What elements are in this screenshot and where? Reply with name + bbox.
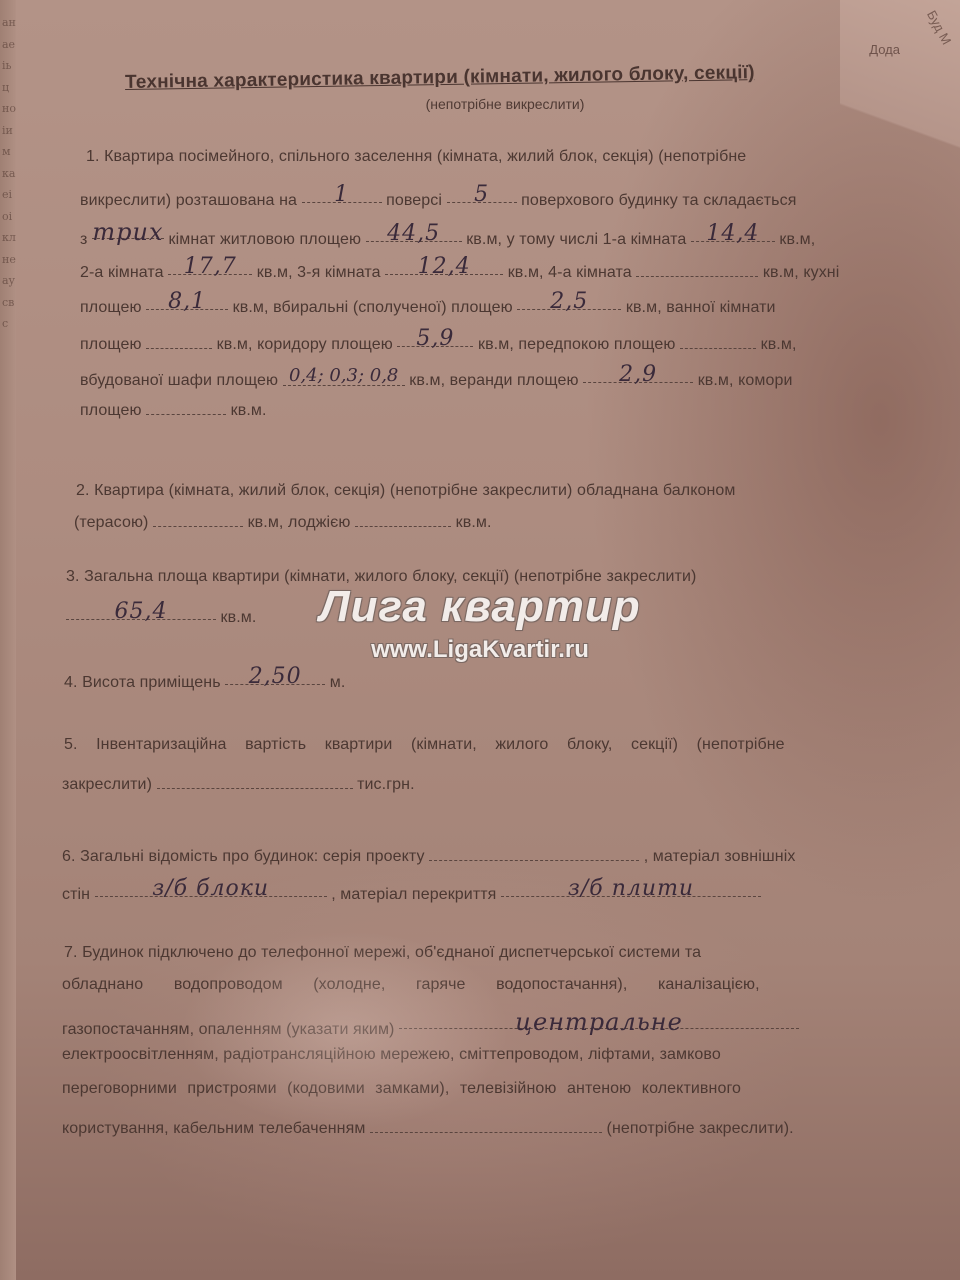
s7-line4: електроосвітленням, радіотрансляційною м… (62, 1046, 721, 1064)
veranda-field: 2,9 (583, 366, 693, 383)
s7-line3: газопостачанням, опаленням (указати яким… (62, 1012, 799, 1039)
text: 5. Інвентаризаційна вартість квартири (к… (64, 736, 785, 753)
s1-line4: 2-а кімната 17,7 кв.м, 3-я кімната 12,4 … (80, 258, 839, 282)
text: кв.м, (779, 231, 815, 248)
toilet-value: 2,5 (550, 289, 588, 314)
s1-line8: площею кв.м. (80, 398, 267, 420)
document-subtitle: (непотрібне викреслити) (0, 96, 960, 112)
inventory-value-field (157, 772, 353, 789)
floor-value: 1 (334, 182, 349, 207)
s6-line1: 6. Загальні відомість про будинок: серія… (62, 844, 795, 866)
floors-total-field: 5 (447, 186, 517, 203)
text: вбудованої шафи площею (80, 372, 278, 389)
watermark-url: www.LigaKvartir.ru (0, 636, 960, 664)
text: кв.м, 4-а кімната (508, 264, 632, 281)
height-field: 2,50 (225, 668, 325, 685)
text: кв.м, вбиральні (сполученої) площею (233, 299, 513, 316)
text: , матеріал перекриття (331, 886, 496, 903)
living-area-field: 44,5 (366, 225, 462, 242)
text: площею (80, 299, 142, 316)
text: кв.м, веранди площею (409, 372, 578, 389)
s6-line2: стін з/б блоки , матеріал перекриття з/б… (62, 880, 761, 904)
s1-line2: викреслити) розташована на 1 поверсі 5 п… (80, 186, 796, 210)
room3-field: 12,4 (385, 258, 503, 275)
text: кв.м, (761, 336, 797, 353)
rooms-count-field: трих (92, 222, 164, 239)
s1-line1: 1. Квартира посімейного, спільного засел… (86, 148, 746, 166)
watermark-brand: Лига квартир (0, 582, 960, 632)
bathroom-field (146, 332, 212, 349)
floors-material-value: з/б плити (568, 876, 694, 901)
s1-line6: площею кв.м, коридору площею 5,9 кв.м, п… (80, 330, 796, 354)
text: газопостачанням, опаленням (указати яким… (62, 1021, 394, 1038)
text: обладнано водопроводом (холодне, гаряче … (62, 976, 760, 993)
rooms-count-value: трих (92, 218, 163, 246)
text: кімнат житловою площею (169, 231, 362, 248)
text: м. (330, 674, 346, 691)
text: , матеріал зовнішніх (644, 848, 796, 865)
kitchen-field: 8,1 (146, 293, 228, 310)
s5-line1: 5. Інвентаризаційна вартість квартири (к… (64, 736, 785, 754)
appendix-mark: Дода (869, 42, 900, 57)
cable-tv-field (370, 1116, 602, 1133)
floors-material-field: з/б плити (501, 880, 761, 897)
s4-line: 4. Висота приміщень 2,50 м. (64, 668, 345, 692)
text: з (80, 231, 87, 248)
text: поверсі (386, 192, 442, 209)
text: 6. Загальні відомість про будинок: серія… (62, 848, 425, 865)
living-area-value: 44,5 (387, 221, 440, 246)
room2-value: 17,7 (184, 254, 237, 279)
s2-line1: 2. Квартира (кімната, жилий блок, секція… (76, 482, 736, 500)
veranda-value: 2,9 (619, 362, 657, 387)
s7-line1: 7. Будинок підключено до телефонної мере… (64, 944, 701, 962)
text: кв.м, коридору площею (217, 336, 393, 353)
room1-value: 14,4 (706, 221, 759, 246)
text: 2-а кімната (80, 264, 164, 281)
loggia-field (355, 510, 451, 527)
text: переговорними пристроями (кодовими замка… (62, 1080, 741, 1097)
heating-field: центральне (399, 1012, 799, 1029)
text: кв.м, кухні (763, 264, 840, 281)
text: тис.грн. (357, 776, 415, 793)
s5-line2: закреслити) тис.грн. (62, 772, 415, 794)
balcony-field (153, 510, 243, 527)
hallway-field (680, 332, 756, 349)
text: електроосвітленням, радіотрансляційною м… (62, 1046, 721, 1063)
text: (терасою) (74, 514, 148, 531)
text: площею (80, 336, 142, 353)
series-field (429, 844, 639, 861)
text: закреслити) (62, 776, 152, 793)
s1-line7: вбудованої шафи площею 0,4; 0,3; 0,8 кв.… (80, 366, 793, 390)
text: 4. Висота приміщень (64, 674, 221, 691)
s2-line2: (терасою) кв.м, лоджією кв.м. (74, 510, 492, 532)
walls-value: з/б блоки (152, 876, 269, 901)
text: 7. Будинок підключено до телефонної мере… (64, 944, 701, 961)
floors-total-value: 5 (474, 182, 489, 207)
heating-value: центральне (515, 1008, 683, 1036)
text: поверхового будинку та складається (521, 192, 796, 209)
floor-field: 1 (302, 186, 382, 203)
text: кв.м, передпокою площею (478, 336, 676, 353)
text: користування, кабельним телебаченням (62, 1120, 365, 1137)
text: площею (80, 402, 142, 419)
s7-line2: обладнано водопроводом (холодне, гаряче … (62, 976, 760, 994)
corridor-field: 5,9 (397, 330, 473, 347)
text: кв.м. (231, 402, 267, 419)
text: кв.м, лоджією (248, 514, 351, 531)
text: 2. Квартира (кімната, жилий блок, секція… (76, 482, 736, 499)
s7-line6: користування, кабельним телебаченням (не… (62, 1116, 794, 1138)
document-title: Технічна характеристика квартири (кімнат… (125, 60, 915, 94)
height-value: 2,50 (249, 664, 302, 689)
corridor-value: 5,9 (416, 326, 454, 351)
kitchen-value: 8,1 (168, 289, 206, 314)
room4-field (636, 260, 758, 277)
toilet-field: 2,5 (517, 293, 621, 310)
storage-field (146, 398, 226, 415)
text: 1. Квартира посімейного, спільного засел… (86, 148, 746, 165)
closets-field: 0,4; 0,3; 0,8 (283, 369, 405, 386)
room2-field: 17,7 (168, 258, 252, 275)
text: кв.м, у тому числі 1-а кімната (466, 231, 686, 248)
text: стін (62, 886, 90, 903)
text: кв.м, 3-я кімната (257, 264, 381, 281)
text: кв.м, комори (698, 372, 793, 389)
s1-line3: з трих кімнат житловою площею 44,5 кв.м,… (80, 222, 815, 249)
text: викреслити) розташована на (80, 192, 297, 209)
text: (непотрібне закреслити). (607, 1120, 794, 1137)
text: кв.м. (456, 514, 492, 531)
text: кв.м, ванної кімнати (626, 299, 776, 316)
walls-field: з/б блоки (95, 880, 327, 897)
s7-line5: переговорними пристроями (кодовими замка… (62, 1080, 741, 1098)
adjacent-page-text: анаеіьцноіимкаеіоіклнеаусвс (2, 12, 16, 335)
room3-value: 12,4 (418, 254, 471, 279)
room1-field: 14,4 (691, 225, 775, 242)
document-photo: анаеіьцноіимкаеіоіклнеаусвс Буд М Дода Т… (0, 0, 960, 1280)
s1-line5: площею 8,1 кв.м, вбиральні (сполученої) … (80, 293, 776, 317)
closets-value: 0,4; 0,3; 0,8 (289, 365, 398, 386)
